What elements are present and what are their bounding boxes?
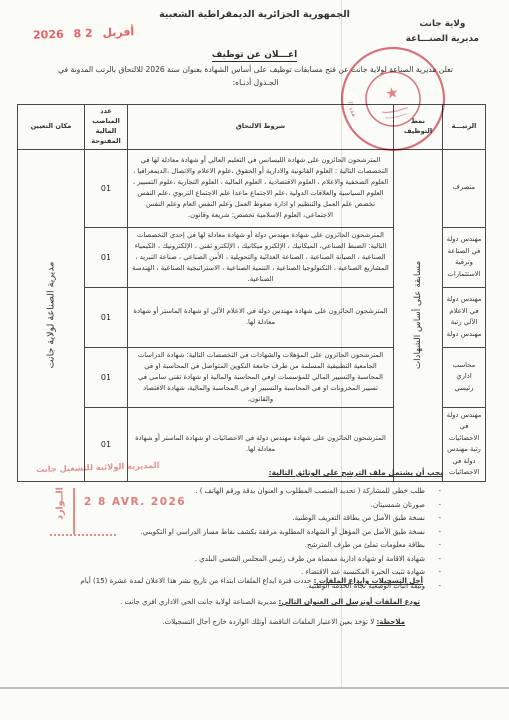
list-item: صورتان شمسيتان. [36,500,443,510]
address-line: تودع الملفات أوترسل الى العنوان التالي: … [120,598,420,606]
stamp-year: 2026 [33,28,64,42]
rank-cell: مهندس دولة في الاحصائيات رتبة مهندس دولة… [443,407,486,481]
rank-cell: محاسب اداري رئيسي [443,347,486,407]
required-documents-section: يجب أن يشتمل ملف الترشح على الوثائق التا… [36,468,443,594]
scan-edge-line [0,687,509,689]
location-vertical-text: مديرية الصناعة لولاية جانت [46,262,57,369]
mode-vertical-text: مسابقة على أساس الشهادات [413,261,423,369]
positions-count: 01 [85,149,128,227]
deadline-line: أجل التسجيلات وايداع الملفات : حددت فترة… [80,577,423,585]
positions-count: 01 [85,287,128,347]
stamp-day: 2 8 [73,27,93,41]
stamp-star-icon: ★ [384,83,400,103]
deadline-text: حددت فترة ايداع الملفات ابتداء من تاريخ … [80,577,311,585]
list-item: شهادة الاقامة او شهادة ادارية ممضاة من ط… [36,554,443,564]
note-text: لا تؤخذ بعين الاعتبار الملفات الناقصة أو… [162,618,374,626]
conditions-cell: المترشحون الحائزون على المؤهلات والشهادا… [128,347,394,407]
rank-cell: مهندس دولة في الصناعة وترقية الاستثمارات [443,227,486,287]
deadline-label: أجل التسجيلات وايداع الملفات : [314,577,423,585]
address-label: تودع الملفات أوترسل الى العنوان التالي: [279,598,420,606]
list-item: بطاقة معلومات تملئ من طرف المترشح. [36,540,443,550]
stamp-month: أفريل [102,25,134,39]
header-location: مكان التعيين [18,105,85,150]
red-date-stamp: 2026 أفريل 2 8 [30,25,138,42]
mode-merged-cell: مسابقة على أساس الشهادات [394,149,443,481]
official-round-stamp-icon: الجمهورية الجزائرية الديمقراطية الشعبية … [327,33,459,165]
note-line: ملاحظة: لا تؤخذ بعين الاعتبار الملفات ال… [162,618,405,626]
positions-count: 01 [85,347,128,407]
list-item: شهادة تثبت الخبرة المكتسبة عند الاقتضاء … [36,567,443,577]
list-item: طلب خطي للمشاركة ( تحديد المنصب المطلوب … [36,486,443,496]
positions-count: 01 [85,227,128,287]
note-label: ملاحظة: [376,618,405,626]
list-item: نسخة طبق الأصل من بطاقة التعريف الوطنية. [36,513,443,523]
recruitment-table: الرتبـــة نمط التوظيف شروط الالتحاق عدد … [17,104,486,482]
documents-header: يجب أن يشتمل ملف الترشح على الوثائق التا… [36,468,443,477]
address-text: مديرية الصناعة لولاية جانت الحي الاداري … [120,598,276,606]
rank-cell: مهندس دولة في الاعلام الآلي رتبة مهندس د… [443,287,486,347]
header-positions: عدد المناصب المالية المفتوحة [85,105,128,150]
scanned-document-page: الجمهورية الجزائرية الديمقراطية الشعبية … [0,0,509,720]
conditions-cell: المترشحون الحائزون على شهادة مهندس دولة … [128,227,394,287]
rank-cell: متصرف [443,149,486,227]
location-merged-cell: مديرية الصناعة لولاية جانت [18,149,85,481]
wilaya-name: ولاية جانت [406,17,479,32]
list-item: نسخة طبق الأصل من المؤهل أو الشهادة المط… [36,527,443,537]
conditions-cell: المترشحون الحائزون على شهادة مهندس دولة … [128,287,394,347]
table-row: متصرف مسابقة على أساس الشهادات المترشحون… [18,149,486,227]
